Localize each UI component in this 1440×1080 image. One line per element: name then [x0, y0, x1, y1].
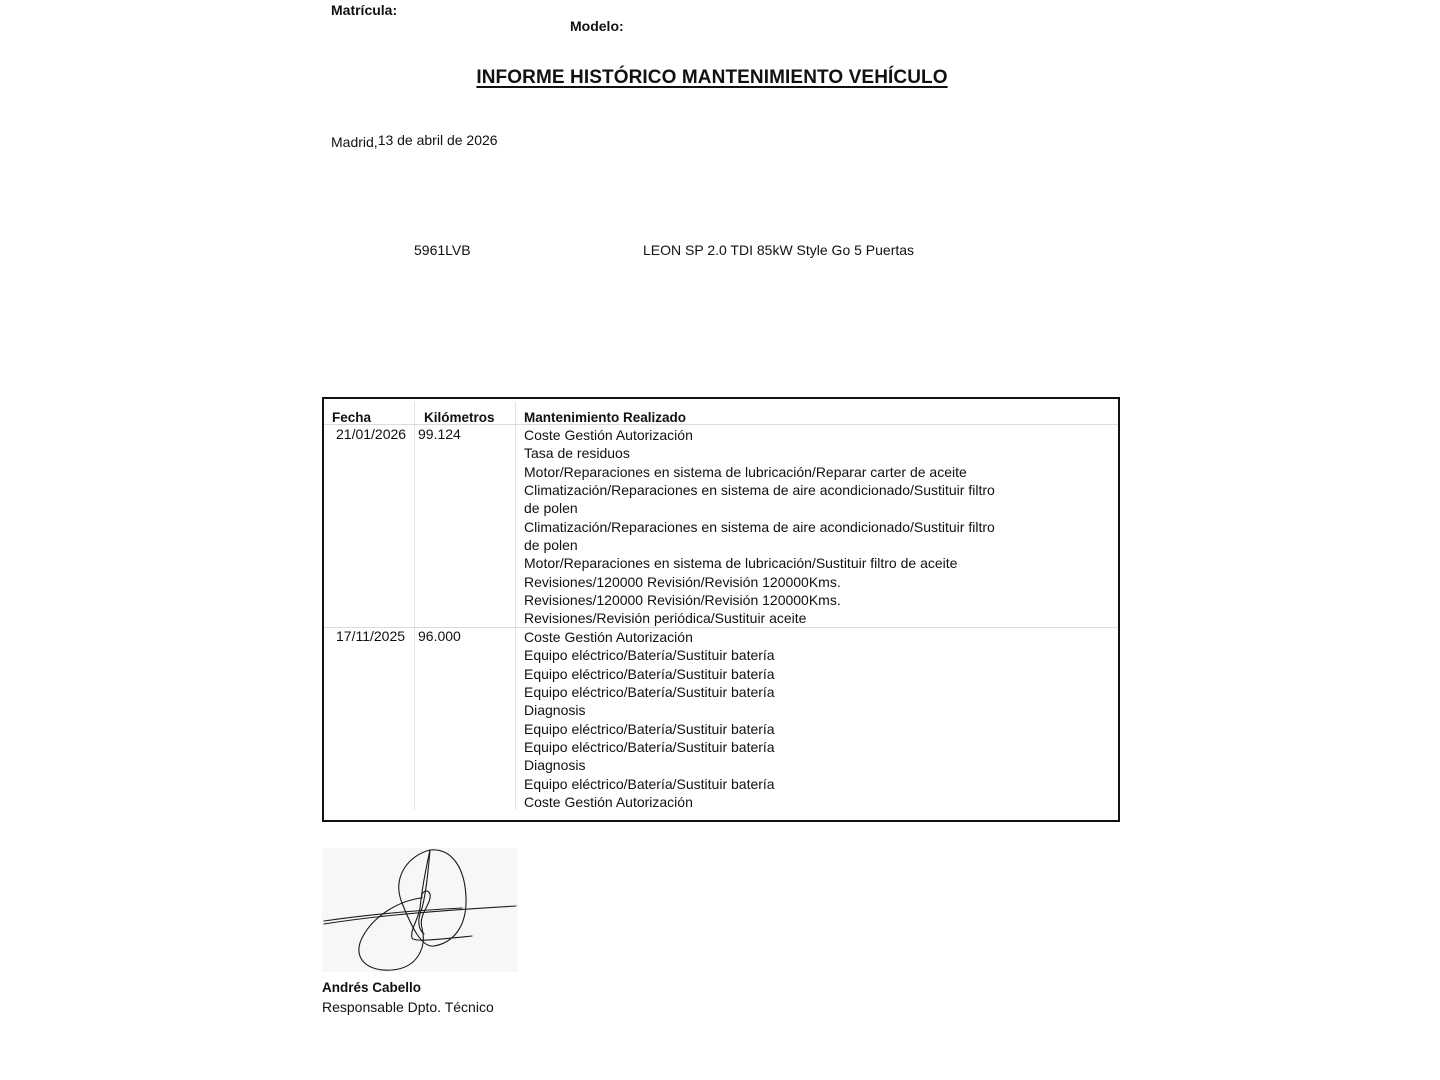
maintenance-items: Coste Gestión AutorizaciónTasa de residu… — [524, 426, 1014, 628]
signature-image — [322, 848, 518, 972]
maintenance-item: Climatización/Reparaciones en sistema de… — [524, 481, 1014, 518]
maintenance-item: Coste Gestión Autorización — [524, 793, 1014, 811]
maintenance-item: Climatización/Reparaciones en sistema de… — [524, 518, 1014, 555]
plate-label: Matrícula: — [331, 2, 1440, 18]
maintenance-item: Equipo eléctrico/Batería/Sustituir bater… — [524, 665, 1014, 683]
maintenance-item: Diagnosis — [524, 701, 1014, 719]
report-title: INFORME HISTÓRICO MANTENIMIENTO VEHÍCULO — [0, 67, 1424, 89]
maintenance-items: Coste Gestión AutorizaciónEquipo eléctri… — [524, 628, 1014, 811]
maintenance-item: Revisiones/120000 Revisión/Revisión 1200… — [524, 573, 1014, 591]
signer-role: Responsable Dpto. Técnico — [322, 999, 494, 1015]
signature-icon — [322, 848, 518, 972]
maintenance-item: Motor/Reparaciones en sistema de lubrica… — [524, 463, 1014, 481]
row-km: 99.124 — [418, 426, 461, 442]
maintenance-item: Equipo eléctrico/Batería/Sustituir bater… — [524, 646, 1014, 664]
column-divider — [515, 402, 516, 810]
row-date: 17/11/2025 — [336, 628, 405, 644]
report-date: 13 de abril de 2026 — [378, 132, 498, 148]
signer-name: Andrés Cabello — [322, 980, 421, 995]
maintenance-item: Coste Gestión Autorización — [524, 426, 1014, 444]
row-km: 96.000 — [418, 628, 461, 644]
place-date: Madrid,13 de abril de 2026 — [331, 132, 498, 148]
maintenance-history-table: Fecha Kilómetros Mantenimiento Realizado… — [322, 397, 1120, 822]
column-header-date: Fecha — [332, 410, 371, 425]
model-label: Modelo: — [570, 18, 1440, 34]
maintenance-item: Revisiones/Revisión periódica/Sustituir … — [524, 609, 1014, 627]
plate-value: 5961LVB — [414, 242, 471, 258]
maintenance-item: Equipo eléctrico/Batería/Sustituir bater… — [524, 775, 1014, 793]
maintenance-item: Diagnosis — [524, 756, 1014, 774]
maintenance-item: Coste Gestión Autorización — [524, 628, 1014, 646]
model-value: LEON SP 2.0 TDI 85kW Style Go 5 Puertas — [643, 242, 914, 258]
column-header-maintenance: Mantenimiento Realizado — [524, 410, 686, 425]
maintenance-item: Motor/Reparaciones en sistema de lubrica… — [524, 554, 1014, 572]
maintenance-item: Equipo eléctrico/Batería/Sustituir bater… — [524, 683, 1014, 701]
city: Madrid, — [331, 134, 378, 150]
maintenance-item: Equipo eléctrico/Batería/Sustituir bater… — [524, 720, 1014, 738]
row-date: 21/01/2026 — [336, 426, 406, 442]
column-header-km: Kilómetros — [424, 410, 495, 425]
column-divider — [414, 402, 415, 810]
maintenance-item: Tasa de residuos — [524, 444, 1014, 462]
header-separator — [324, 424, 1118, 425]
maintenance-item: Equipo eléctrico/Batería/Sustituir bater… — [524, 738, 1014, 756]
maintenance-item: Revisiones/120000 Revisión/Revisión 1200… — [524, 591, 1014, 609]
